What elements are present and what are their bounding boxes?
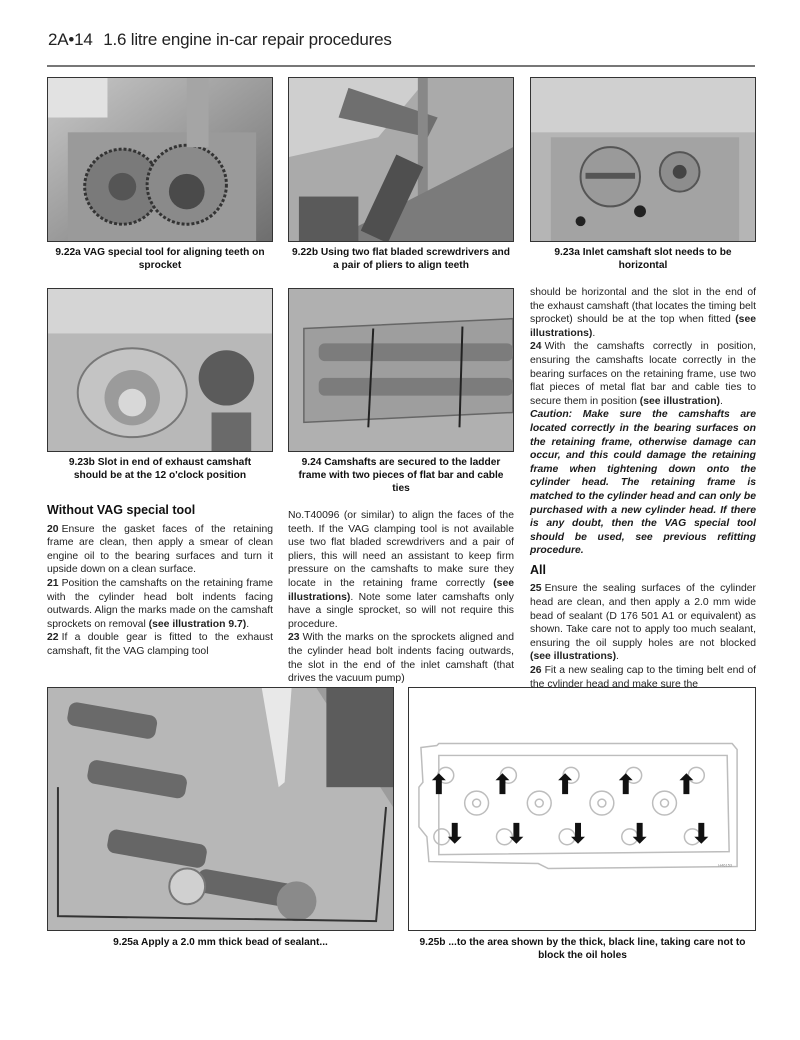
diagram-code: H46153: [718, 863, 733, 868]
down-arrows: [448, 823, 708, 844]
col2-continuation: No.T40096 (or similar) to align the face…: [288, 509, 514, 631]
page-title: 1.6 litre engine in-car repair procedure…: [103, 30, 392, 49]
step-25: 25Ensure the sealing surfaces of the cyl…: [530, 582, 756, 664]
step-23: 23With the marks on the sprockets aligne…: [288, 631, 514, 685]
caption-9-23b: 9.23b Slot in end of exhaust camshaft sh…: [52, 456, 268, 482]
col3-continuation: should be horizontal and the slot in the…: [530, 286, 756, 340]
step-20: 20Ensure the gasket faces of the retaini…: [47, 523, 273, 577]
diagram-9-25b: H46153: [408, 687, 756, 931]
section-heading-all: All: [530, 564, 756, 578]
caution-note: Caution: Make sure the camshafts are loc…: [530, 408, 756, 558]
cylinder-head-sealant-diagram: H46153: [409, 688, 755, 930]
caption-9-22a: 9.22a VAG special tool for aligning teet…: [47, 246, 273, 272]
text-column-3: should be horizontal and the slot in the…: [530, 286, 756, 691]
photo-9-23a: [530, 77, 756, 242]
text-column-1: Without VAG special tool 20Ensure the ga…: [47, 498, 273, 659]
photo-9-22a: [47, 77, 273, 242]
text-column-2: No.T40096 (or similar) to align the face…: [288, 509, 514, 686]
header-rule: [47, 65, 755, 67]
photo-9-24: [288, 288, 514, 452]
caption-9-25a: 9.25a Apply a 2.0 mm thick bead of seala…: [47, 936, 394, 949]
caption-9-23a: 9.23a Inlet camshaft slot needs to be ho…: [548, 246, 738, 272]
section-heading-without-tool: Without VAG special tool: [47, 504, 273, 518]
up-arrows: [432, 773, 693, 794]
caption-9-24: 9.24 Camshafts are secured to the ladder…: [290, 456, 512, 495]
step-24: 24With the camshafts correctly in positi…: [530, 340, 756, 408]
step-21: 21Position the camshafts on the retainin…: [47, 577, 273, 631]
caption-9-25b: 9.25b ...to the area shown by the thick,…: [405, 936, 760, 962]
photo-9-22b: [288, 77, 514, 242]
caption-9-22b: 9.22b Using two flat bladed screwdrivers…: [288, 246, 514, 272]
page-number: 2A•14: [48, 30, 93, 49]
photo-9-25a: [47, 687, 394, 931]
page-header: 2A•14 1.6 litre engine in-car repair pro…: [48, 30, 392, 50]
step-22: 22If a double gear is fitted to the exha…: [47, 631, 273, 658]
photo-9-23b: [47, 288, 273, 452]
